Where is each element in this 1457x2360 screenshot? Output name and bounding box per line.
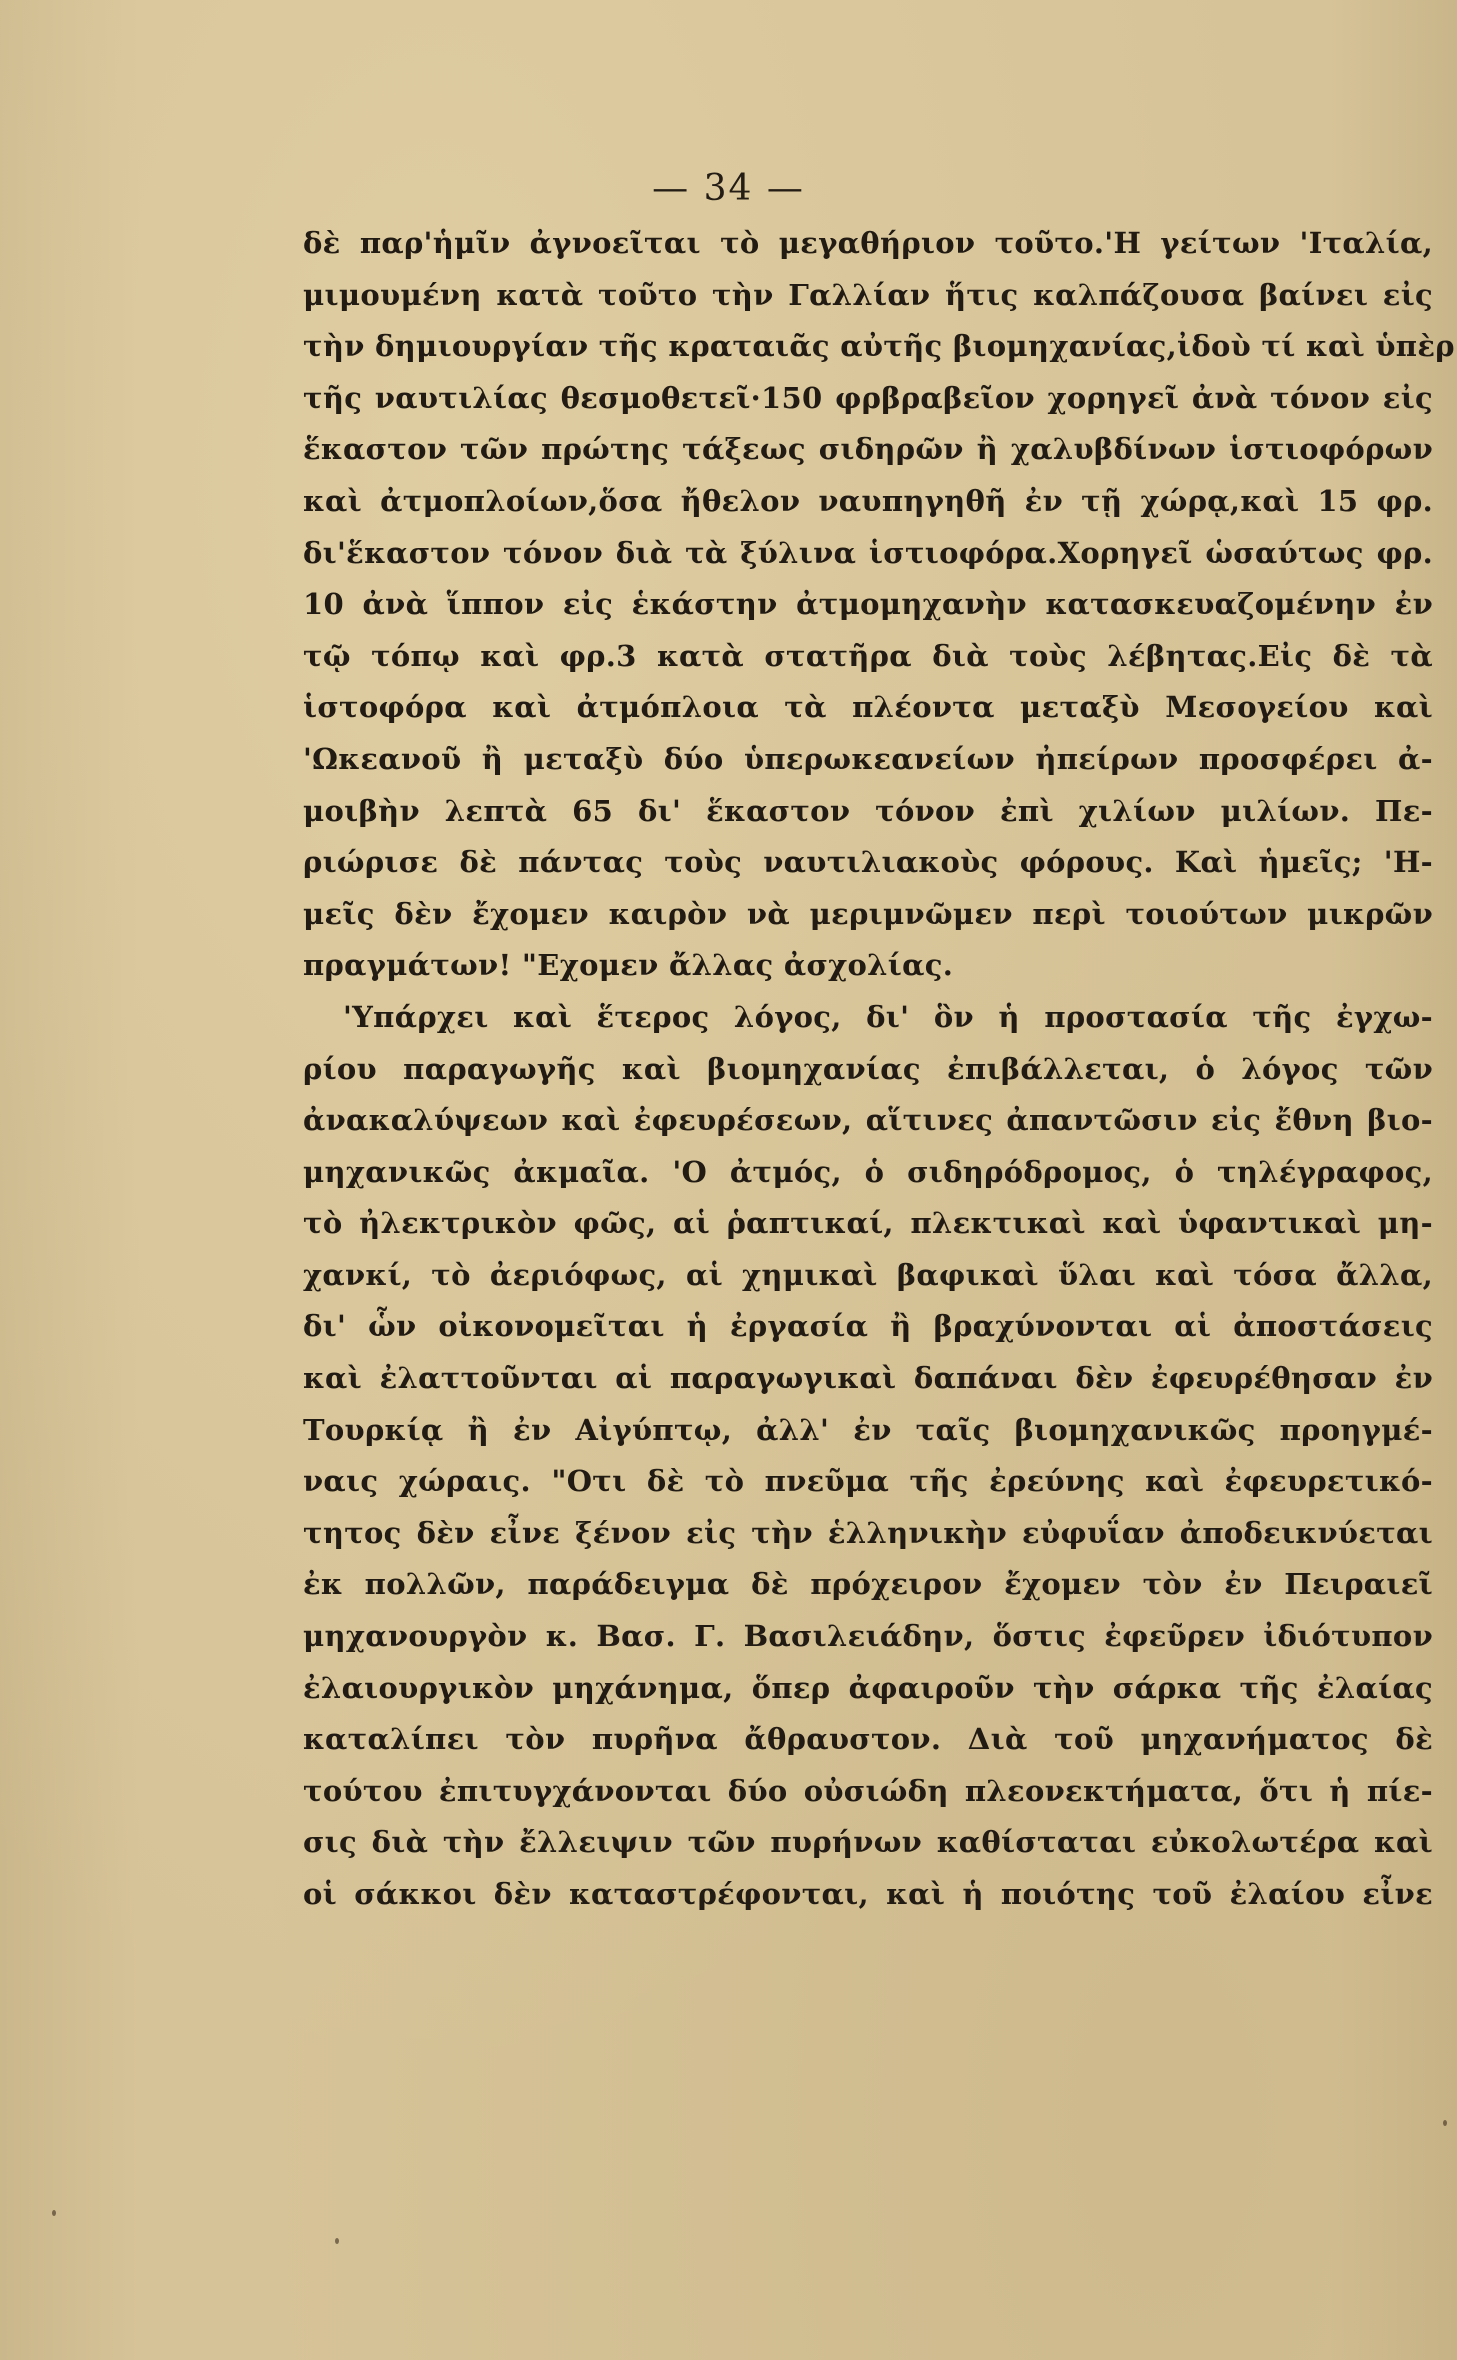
text-line: μηχανικῶς ἀκμαῖα. 'Ο ἀτμός, ὁ σιδηρόδρομ…: [303, 1147, 1433, 1199]
text-line: καὶ ἐλαττοῦνται αἱ παραγωγικαὶ δαπάναι δ…: [303, 1353, 1433, 1405]
text-line: Τουρκίᾳ ἢ ἐν Αἰγύπτῳ, ἀλλ' ἐν ταῖς βιομη…: [303, 1405, 1433, 1457]
text-line: μοιβὴν λεπτὰ 65 δι' ἕκαστον τόνον ἐπὶ χι…: [303, 786, 1433, 838]
body-text: δὲ παρ'ἡμῖν ἀγνοεῖται τὸ μεγαθήριον τοῦτ…: [303, 218, 1433, 1921]
text-line: ναις χώραις. "Οτι δὲ τὸ πνεῦμα τῆς ἐρεύν…: [303, 1456, 1433, 1508]
text-line: δι' ὧν οἰκονομεῖται ἡ ἐργασία ἢ βραχύνον…: [303, 1301, 1433, 1353]
paragraph-start-line: 'Υπάρχει καὶ ἕτερος λόγος, δι' ὃν ἡ προσ…: [303, 992, 1433, 1044]
scanned-page: — 34 — δὲ παρ'ἡμῖν ἀγνοεῖται τὸ μεγαθήρι…: [0, 0, 1457, 2360]
text-line: ριώρισε δὲ πάντας τοὺς ναυτιλιακοὺς φόρο…: [303, 837, 1433, 889]
paper-speck: [52, 2210, 56, 2216]
paper-speck: [335, 2238, 339, 2244]
text-line: τούτου ἐπιτυγχάνονται δύο οὐσιώδη πλεονε…: [303, 1766, 1433, 1818]
text-line: δι'ἕκαστον τόνον διὰ τὰ ξύλινα ἱστιοφόρα…: [303, 528, 1433, 580]
text-line: δὲ παρ'ἡμῖν ἀγνοεῖται τὸ μεγαθήριον τοῦτ…: [303, 218, 1433, 270]
text-line: μιμουμένη κατὰ τοῦτο τὴν Γαλλίαν ἥτις κα…: [303, 270, 1433, 322]
text-line: ρίου παραγωγῆς καὶ βιομηχανίας ἐπιβάλλετ…: [303, 1044, 1433, 1096]
text-line: τὸ ἠλεκτρικὸν φῶς, αἱ ῥαπτικαί, πλεκτικα…: [303, 1198, 1433, 1250]
text-line: τητος δὲν εἶνε ξένον εἰς τὴν ἑλληνικὴν ε…: [303, 1508, 1433, 1560]
text-line: ἀνακαλύψεων καὶ ἐφευρέσεων, αἵτινες ἀπαν…: [303, 1095, 1433, 1147]
text-line: ἐκ πολλῶν, παράδειγμα δὲ πρόχειρον ἔχομε…: [303, 1559, 1433, 1611]
text-line: οἱ σάκκοι δὲν καταστρέφονται, καὶ ἡ ποιό…: [303, 1869, 1433, 1921]
text-line: τῆς ναυτιλίας θεσμοθετεῖ·150 φρβραβεῖον …: [303, 373, 1433, 425]
text-line: μηχανουργὸν κ. Βασ. Γ. Βασιλειάδην, ὅστι…: [303, 1611, 1433, 1663]
paragraph-end-line: πραγμάτων! "Εχομεν ἄλλας ἀσχολίας.: [303, 940, 1433, 992]
text-line: 10 ἀνὰ ἵππον εἰς ἑκάστην ἀτμομηχανὴν κατ…: [303, 579, 1433, 631]
text-line: τῷ τόπῳ καὶ φρ.3 κατὰ στατῆρα διὰ τοὺς λ…: [303, 631, 1433, 683]
page-number: — 34 —: [0, 168, 1457, 209]
text-line: τὴν δημιουργίαν τῆς κραταιᾶς αὐτῆς βιομη…: [303, 321, 1433, 373]
text-line: ἕκαστον τῶν πρώτης τάξεως σιδηρῶν ἢ χαλυ…: [303, 424, 1433, 476]
text-line: 'Ωκεανοῦ ἢ μεταξὺ δύο ὑπερωκεανείων ἠπεί…: [303, 734, 1433, 786]
text-line: μεῖς δὲν ἔχομεν καιρὸν νὰ μεριμνῶμεν περ…: [303, 889, 1433, 941]
text-line: σις διὰ τὴν ἔλλειψιν τῶν πυρήνων καθίστα…: [303, 1817, 1433, 1869]
text-line: ἐλαιουργικὸν μηχάνημα, ὅπερ ἀφαιροῦν τὴν…: [303, 1663, 1433, 1715]
text-line: καὶ ἀτμοπλοίων,ὅσα ἤθελον ναυπηγηθῆ ἐν τ…: [303, 476, 1433, 528]
text-line: χανκί, τὸ ἀεριόφως, αἱ χημικαὶ βαφικαὶ ὕ…: [303, 1250, 1433, 1302]
text-line: καταλίπει τὸν πυρῆνα ἄθραυστον. Διὰ τοῦ …: [303, 1714, 1433, 1766]
paper-speck: [1443, 2120, 1447, 2126]
text-line: ἱστοφόρα καὶ ἀτμόπλοια τὰ πλέοντα μεταξὺ…: [303, 682, 1433, 734]
